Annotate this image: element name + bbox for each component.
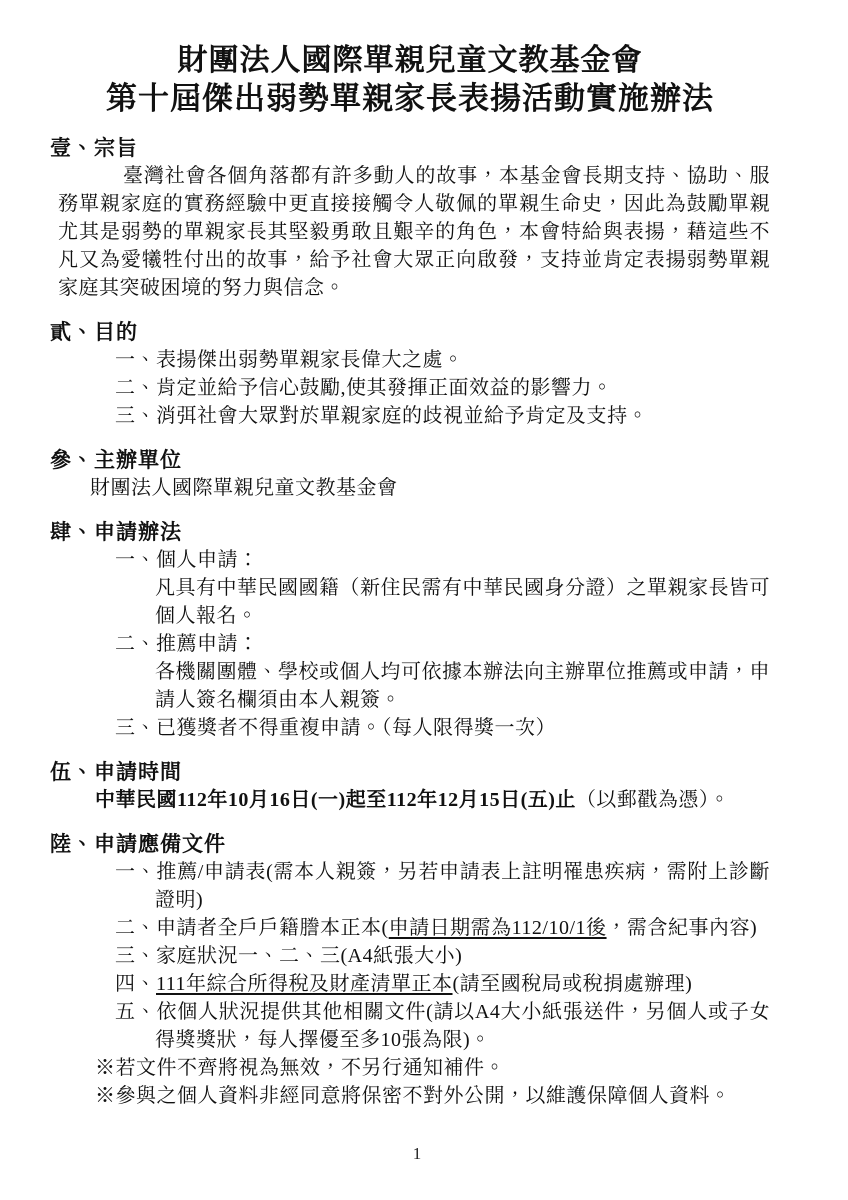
organizer-name: 財團法人國際單親兒童文教基金會 [90, 474, 770, 502]
required-documents-item-2-suffix: ，需含紀事內容) [607, 917, 758, 939]
required-documents-note-1: ※若文件不齊將視為無效，不另行通知補件。 [95, 1054, 770, 1082]
application-method-item-1: 一、個人申請： 凡具有中華民國國籍（新住民需有中華民國身分證）之單親家長皆可個人… [115, 546, 770, 630]
page-number: 1 [0, 1144, 834, 1164]
section-heading-purpose: 壹、宗旨 [50, 134, 770, 162]
objectives-item-2: 二、肯定並給予信心鼓勵,使其發揮正面效益的影響力。 [115, 374, 770, 402]
section-heading-application-method: 肆、申請辦法 [50, 518, 770, 546]
required-documents-item-3: 三、家庭狀況一、二、三(A4紙張大小) [115, 942, 770, 970]
required-documents-item-4-suffix: (請至國稅局或稅捐處辦理) [453, 973, 693, 995]
section-heading-application-period: 伍、申請時間 [50, 758, 770, 786]
document-title-line1: 財團法人國際單親兒童文教基金會 [50, 42, 770, 80]
application-method-item-2-title: 二、推薦申請： [115, 633, 259, 655]
application-method-item-2: 二、推薦申請： 各機關團體、學校或個人均可依據本辦法向主辦單位推薦或申請，申請人… [115, 630, 770, 714]
section-heading-required-documents: 陸、申請應備文件 [50, 830, 770, 858]
required-documents-item-2-underlined: 申請日期需為112/10/1後 [389, 917, 607, 939]
required-documents-item-2-prefix: 二、申請者全戶戶籍謄本正本( [115, 917, 389, 939]
required-documents-item-4-marker: 四、 [115, 973, 156, 995]
required-documents-item-4-underlined: 111年綜合所得稅及財產清單正本 [156, 973, 453, 995]
section-heading-objectives: 貳、目的 [50, 318, 770, 346]
required-documents-note-2: ※參與之個人資料非經同意將保密不對外公開，以維護保障個人資料。 [95, 1082, 770, 1110]
objectives-item-1: 一、表揚傑出弱勢單親家長偉大之處。 [115, 346, 770, 374]
required-documents-item-5: 五、依個人狀況提供其他相關文件(請以A4大小紙張送件，另個人或子女得獎獎狀，每人… [115, 998, 770, 1054]
application-method-item-1-body: 凡具有中華民國國籍（新住民需有中華民國身分證）之單親家長皆可個人報名。 [155, 577, 770, 627]
application-method-item-1-title: 一、個人申請： [115, 549, 259, 571]
application-period-line: 中華民國112年10月16日(一)起至112年12月15日(五)止（以郵戳為憑）… [95, 786, 770, 814]
application-method-item-2-body: 各機關團體、學校或個人均可依據本辦法向主辦單位推薦或申請，申請人簽名欄須由本人親… [155, 661, 770, 711]
application-period-dates: 中華民國112年10月16日(一)起至112年12月15日(五)止 [95, 789, 576, 811]
required-documents-item-2: 二、申請者全戶戶籍謄本正本(申請日期需為112/10/1後，需含紀事內容) [115, 914, 770, 942]
application-method-item-3: 三、已獲獎者不得重複申請。（每人限得獎一次） [115, 714, 770, 742]
document-title-line2: 第十屆傑出弱勢單親家長表揚活動實施辦法 [50, 80, 770, 118]
required-documents-item-4: 四、111年綜合所得稅及財產清單正本(請至國稅局或稅捐處辦理) [115, 970, 770, 998]
application-period-postmark-note: （以郵戳為憑）。 [576, 789, 730, 811]
objectives-item-3: 三、消弭社會大眾對於單親家庭的歧視並給予肯定及支持。 [115, 402, 770, 430]
required-documents-item-1: 一、推薦/申請表(需本人親簽，另若申請表上註明罹患疾病，需附上診斷證明) [115, 858, 770, 914]
document-page: 財團法人國際單親兒童文教基金會 第十屆傑出弱勢單親家長表揚活動實施辦法 壹、宗旨… [0, 0, 848, 1200]
purpose-paragraph: 臺灣社會各個角落都有許多動人的故事，本基金會長期支持、協助、服務單親家庭的實務經… [58, 162, 770, 302]
section-heading-organizer: 參、主辦單位 [50, 446, 770, 474]
